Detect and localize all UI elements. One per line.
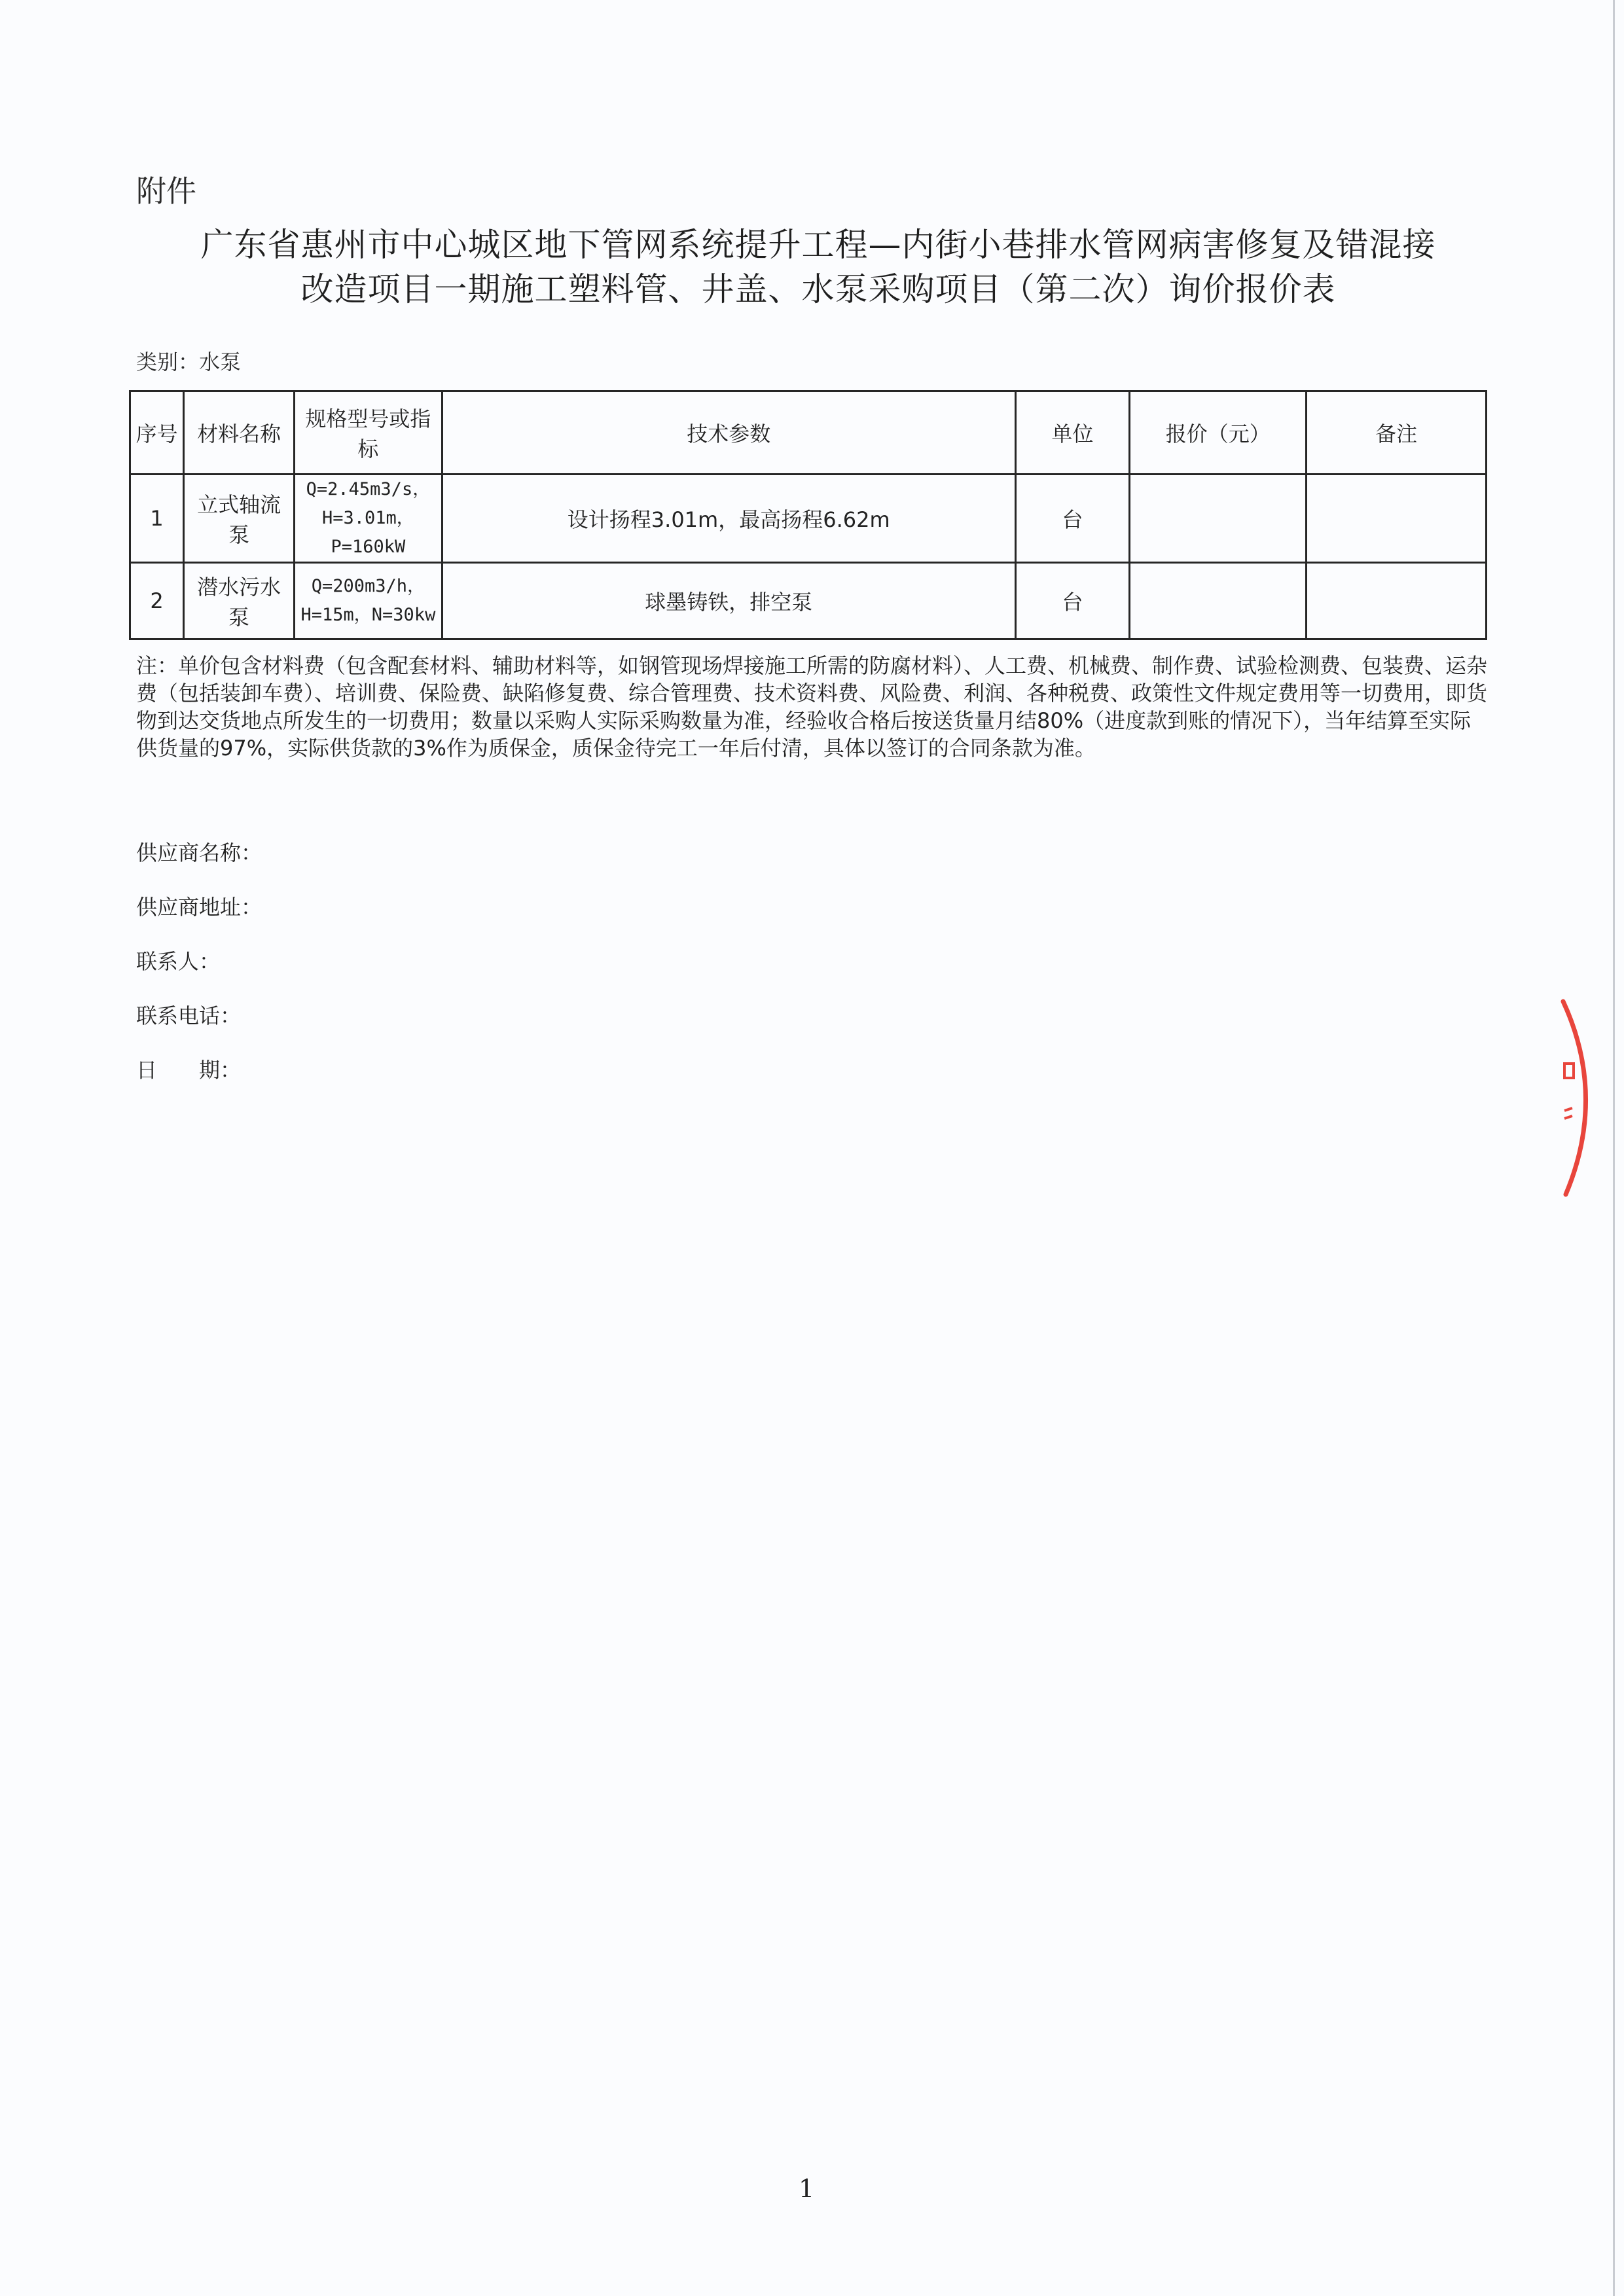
supplier-name-field[interactable]: 供应商名称：: [136, 836, 262, 891]
attachment-label: 附件: [136, 168, 196, 211]
category-label: 类别：水泵: [136, 346, 241, 376]
cell-tech-params: 设计扬程3.01m，最高扬程6.62m: [442, 475, 1015, 563]
cell-material-name: 潜水污水泵: [184, 563, 295, 639]
header-material-name: 材料名称: [184, 391, 295, 475]
cell-remark[interactable]: [1307, 475, 1487, 563]
spec-line-2: H=3.01m，P=160kW: [298, 504, 439, 562]
table-row: 1 立式轴流泵 Q=2.45m3/s， H=3.01m，P=160kW 设计扬程…: [130, 475, 1487, 563]
title-line-2: 改造项目一期施工塑料管、井盖、水泵采购项目（第二次）询价报价表: [131, 267, 1506, 312]
supplier-address-field[interactable]: 供应商地址：: [136, 891, 262, 945]
payment-note: 注：单价包含材料费（包含配套材料、辅助材料等，如钢管现场焊接施工所需的防腐材料）…: [136, 652, 1487, 762]
cell-spec: Q=200m3/h， H=15m，N=30kw: [295, 563, 442, 639]
supplier-fields: 供应商名称： 供应商地址： 联系人： 联系电话： 日 期：: [136, 836, 262, 1108]
cell-spec: Q=2.45m3/s， H=3.01m，P=160kW: [295, 475, 442, 563]
spec-line-2: H=15m，N=30kw: [298, 601, 439, 630]
page-edge: [1613, 0, 1615, 2296]
cell-index: 1: [130, 475, 184, 563]
table-header-row: 序号 材料名称 规格型号或指标 技术参数 单位 报价（元） 备注: [130, 391, 1487, 475]
cell-price[interactable]: [1130, 563, 1307, 639]
document-title: 广东省惠州市中心城区地下管网系统提升工程—内街小巷排水管网病害修复及错混接 改造…: [131, 223, 1506, 312]
cell-remark[interactable]: [1307, 563, 1487, 639]
cell-material-name: 立式轴流泵: [184, 475, 295, 563]
cell-index: 2: [130, 563, 184, 639]
header-remark: 备注: [1307, 391, 1487, 475]
header-tech-params: 技术参数: [442, 391, 1015, 475]
spec-line-1: Q=200m3/h，: [298, 572, 439, 601]
contact-phone-field[interactable]: 联系电话：: [136, 999, 262, 1054]
header-spec: 规格型号或指标: [295, 391, 442, 475]
cell-tech-params: 球墨铸铁，排空泵: [442, 563, 1015, 639]
date-field[interactable]: 日 期：: [136, 1054, 262, 1108]
header-index: 序号: [130, 391, 184, 475]
quote-table: 序号 材料名称 规格型号或指标 技术参数 单位 报价（元） 备注 1 立式轴流泵…: [129, 390, 1487, 640]
header-unit: 单位: [1015, 391, 1129, 475]
cell-unit: 台: [1015, 475, 1129, 563]
page-number: 1: [799, 2174, 814, 2203]
table-row: 2 潜水污水泵 Q=200m3/h， H=15m，N=30kw 球墨铸铁，排空泵…: [130, 563, 1487, 639]
title-line-1: 广东省惠州市中心城区地下管网系统提升工程—内街小巷排水管网病害修复及错混接: [131, 223, 1506, 267]
red-seal-stamp-icon: [1558, 998, 1610, 1201]
header-price: 报价（元）: [1130, 391, 1307, 475]
cell-unit: 台: [1015, 563, 1129, 639]
contact-person-field[interactable]: 联系人：: [136, 945, 262, 999]
cell-price[interactable]: [1130, 475, 1307, 563]
spec-line-1: Q=2.45m3/s，: [298, 475, 439, 504]
